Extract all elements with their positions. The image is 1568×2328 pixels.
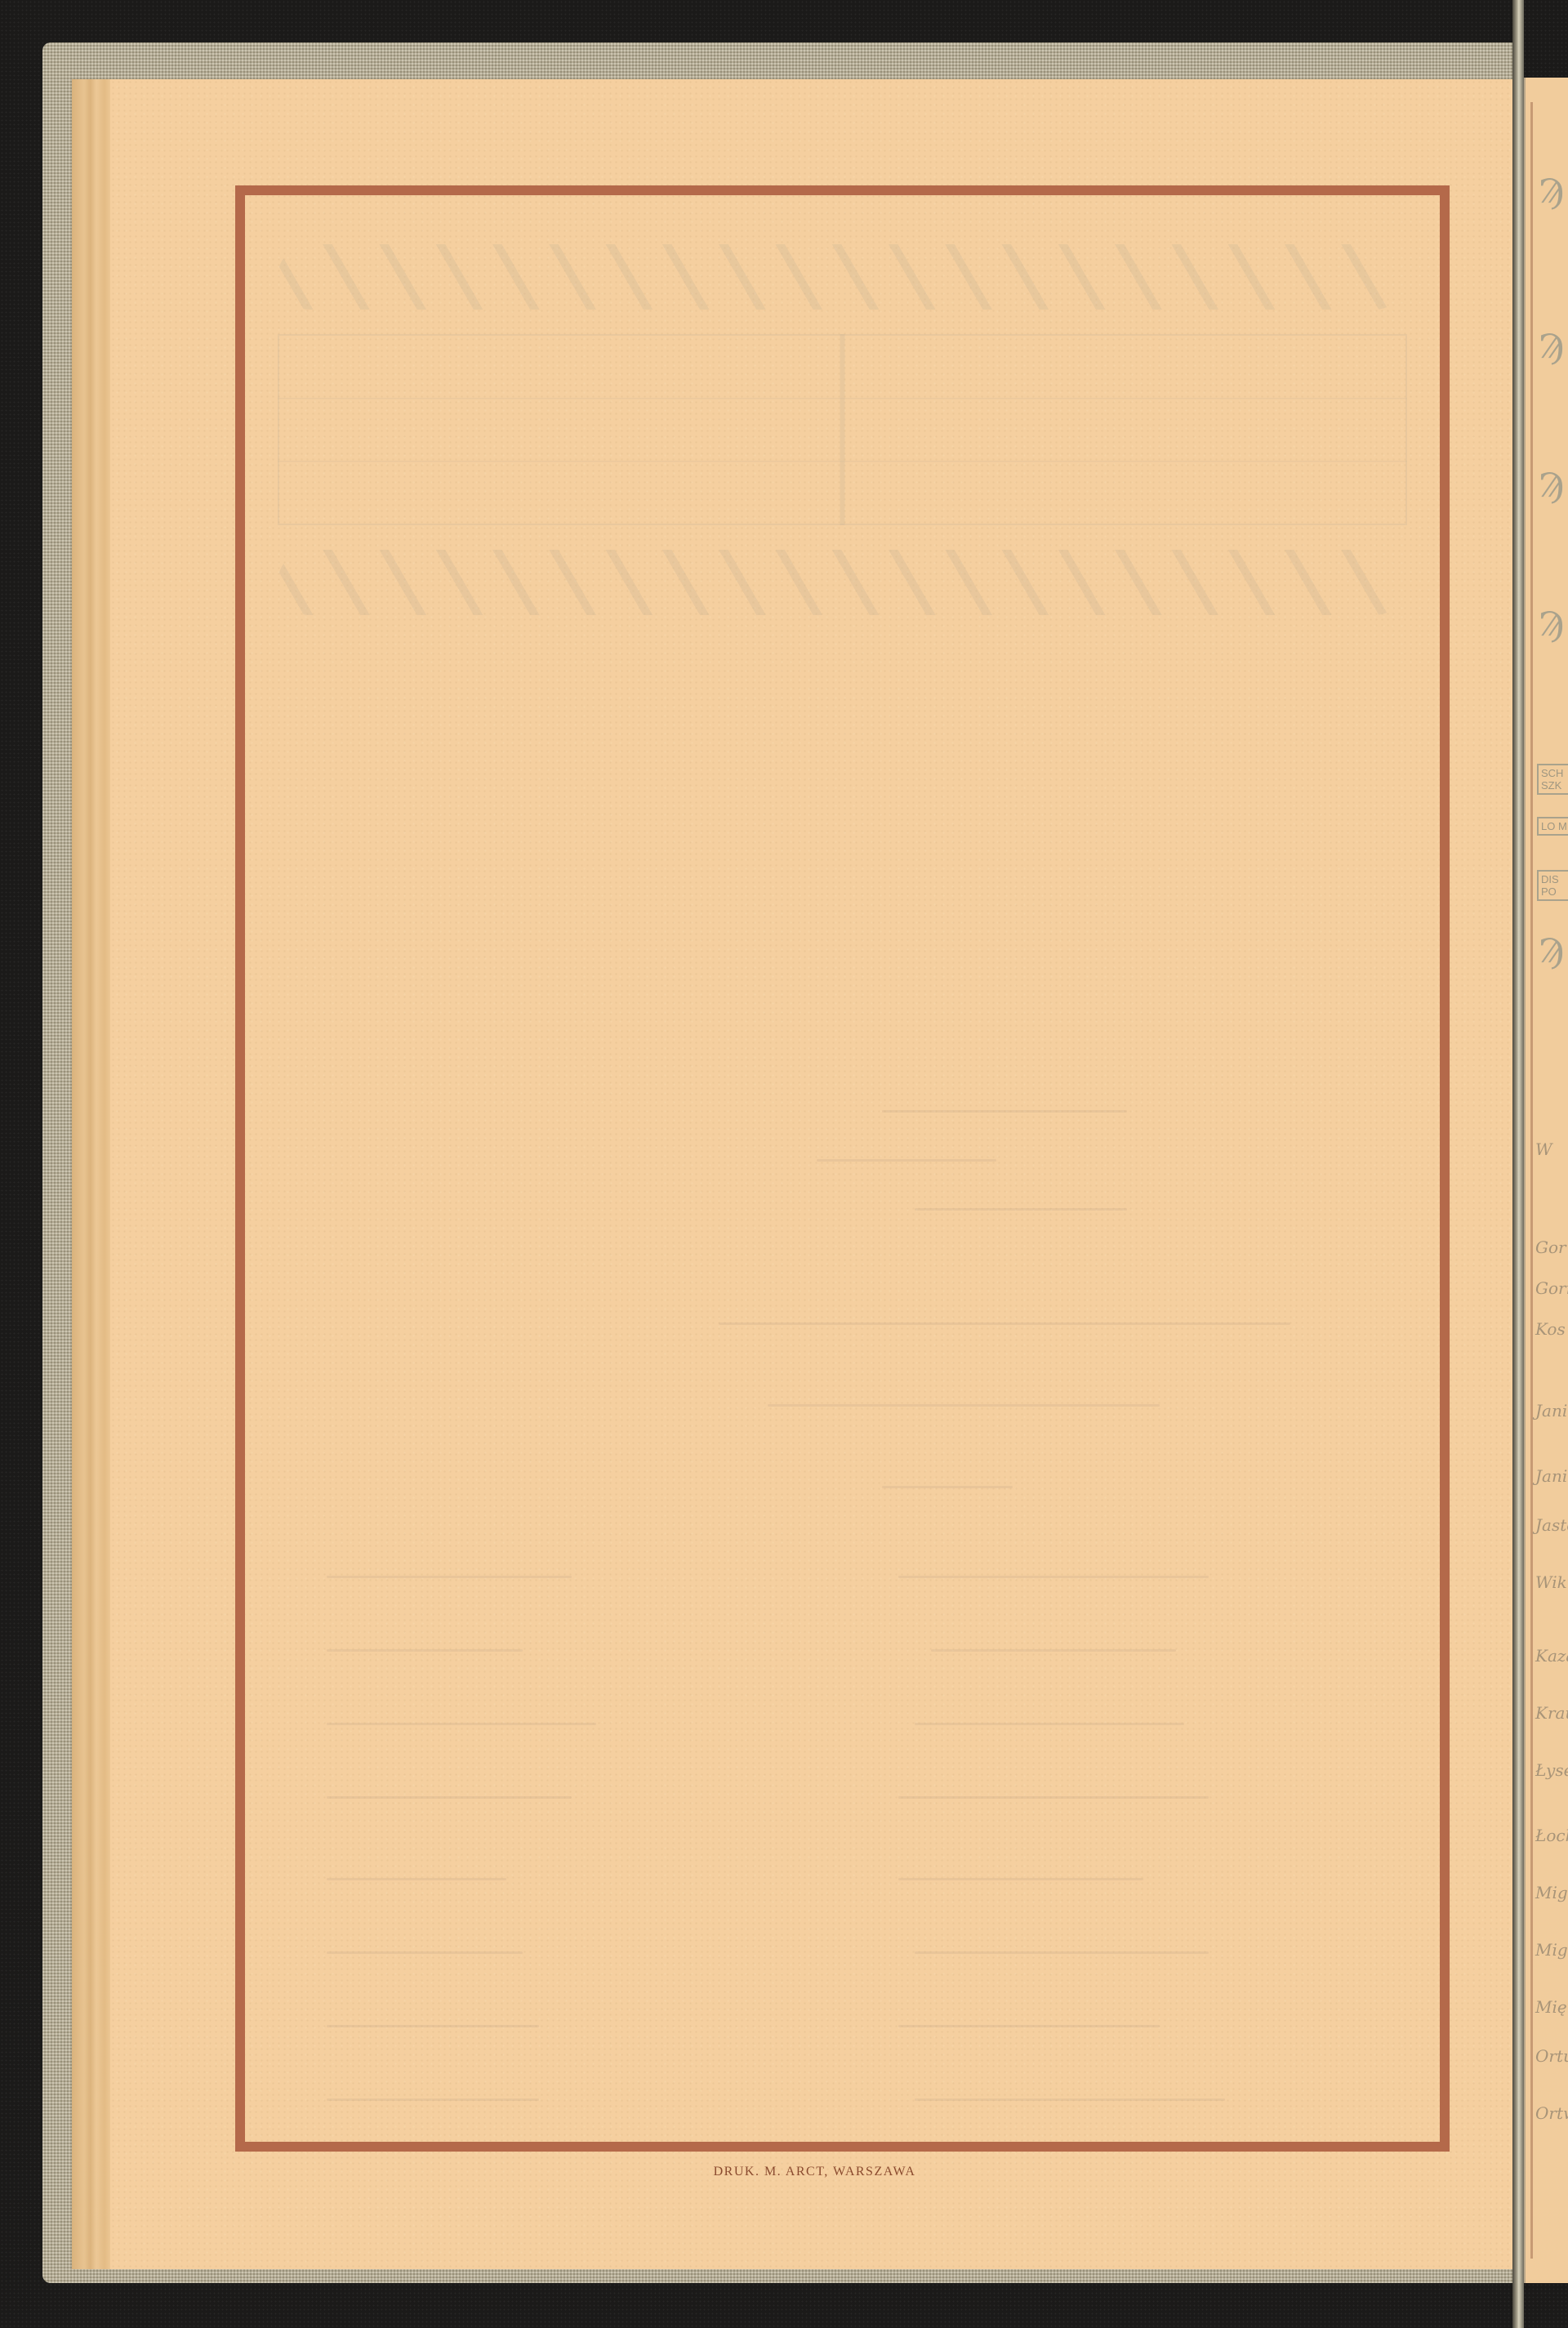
show-through-sig-line xyxy=(327,2098,539,2101)
adjacent-signature: Ortw xyxy=(1535,2103,1568,2123)
adjacent-signature: Jani xyxy=(1535,1401,1567,1420)
show-through-sig-line xyxy=(882,1110,1127,1113)
ornament-icon: Ϡ xyxy=(1539,600,1568,649)
adjacent-signature: Migo xyxy=(1535,1883,1568,1902)
decorative-frame-border xyxy=(235,185,1450,2152)
adjacent-signature: Jaste xyxy=(1535,1515,1568,1535)
adjacent-table-label: LO MI xyxy=(1537,817,1568,836)
adjacent-signature: Gor xyxy=(1535,1238,1566,1257)
ornament-icon: Ϡ xyxy=(1539,167,1568,216)
adjacent-signature: Krau xyxy=(1535,1703,1568,1723)
adjacent-signature: Kos xyxy=(1535,1319,1566,1339)
show-through-sig-line xyxy=(768,1404,1160,1407)
book-page: DRUK. M. ARCT, WARSZAWA xyxy=(110,79,1519,2269)
adjacent-page-frame xyxy=(1530,102,1568,2259)
show-through-sig-line xyxy=(327,1951,523,1954)
page-edges xyxy=(72,79,113,2269)
adjacent-signature: Kaza xyxy=(1535,1646,1568,1666)
adjacent-signature: Jani xyxy=(1535,1466,1567,1486)
show-through-sig-line xyxy=(719,1322,1290,1325)
adjacent-signature: Ortu xyxy=(1535,2046,1568,2066)
show-through-sig-line xyxy=(327,1878,506,1880)
show-through-sig-line xyxy=(327,2025,539,2027)
ornament-icon: Ϡ xyxy=(1539,323,1568,372)
book-gutter xyxy=(1512,0,1524,2328)
show-through-sig-line xyxy=(915,1208,1127,1211)
ornament-icon: Ϡ xyxy=(1539,927,1568,976)
show-through-ornament-top xyxy=(278,244,1407,310)
adjacent-signature: Wikto xyxy=(1535,1572,1568,1592)
show-through-sig-line xyxy=(327,1796,572,1799)
show-through-header xyxy=(278,244,1407,1053)
adjacent-page-edge: Ϡ Ϡ Ϡ Ϡ SCH SZK LO MI DIS PO Ϡ W Gor Gor… xyxy=(1524,78,1568,2283)
show-through-sig-line xyxy=(915,1723,1184,1725)
show-through-sig-line xyxy=(915,2098,1225,2101)
adjacent-signature: Łyse xyxy=(1535,1760,1568,1780)
show-through-sig-line xyxy=(327,1723,596,1725)
adjacent-signature: W xyxy=(1535,1139,1552,1159)
show-through-ornament-bottom xyxy=(278,550,1407,615)
show-through-sig-line xyxy=(898,1878,1143,1880)
adjacent-signature: Mię xyxy=(1535,1997,1567,2017)
show-through-sig-line xyxy=(931,1649,1176,1652)
printer-imprint: DRUK. M. ARCT, WARSZAWA xyxy=(110,2165,1519,2179)
adjacent-signature: Łoch xyxy=(1535,1826,1568,1845)
show-through-sig-line xyxy=(817,1159,996,1162)
show-through-sig-line xyxy=(327,1576,572,1578)
show-through-sig-line xyxy=(915,1951,1209,1954)
show-through-sig-line xyxy=(898,1796,1209,1799)
adjacent-signature: Gorm xyxy=(1535,1278,1568,1298)
show-through-sig-line xyxy=(898,2025,1160,2027)
show-through-sig-line xyxy=(898,1576,1209,1578)
adjacent-table-label: DIS PO xyxy=(1537,870,1568,901)
adjacent-signature: Migo xyxy=(1535,1940,1568,1960)
adjacent-table-label: SCH SZK xyxy=(1537,764,1568,795)
show-through-sig-line xyxy=(882,1486,1013,1488)
show-through-table xyxy=(278,334,1407,525)
show-through-signatures xyxy=(310,1094,1374,2196)
ornament-icon: Ϡ xyxy=(1539,462,1568,511)
show-through-sig-line xyxy=(327,1649,523,1652)
